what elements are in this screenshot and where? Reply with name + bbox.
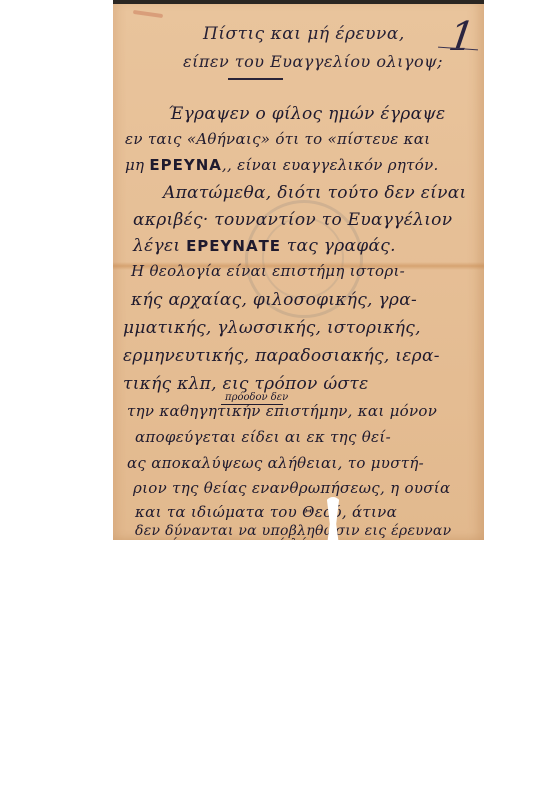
title-underline xyxy=(228,78,283,80)
body-line: Η θεολογία είναι επιστήμη ιστορι- xyxy=(131,262,405,280)
emphasis-caps: ΕΡΕΥΝΑ xyxy=(149,156,222,174)
scan-frame: 1 Πίστις και μή έρευνα, είπεν του Ευαγγε… xyxy=(0,0,549,800)
body-line: με μέσα του φυσικού λόγου. xyxy=(141,537,336,540)
body-line: και τα ιδιώματα του Θεού, άτινα xyxy=(135,503,397,521)
body-line-post: ,, είναι ευαγγελικόν ρητόν. xyxy=(222,156,439,174)
body-line: εν ταις «Αθήναις» ότι το «πίστευε και xyxy=(125,130,430,148)
body-line: μη ΕΡΕΥΝΑ,, είναι ευαγγελικόν ρητόν. xyxy=(125,156,439,174)
stain-mark xyxy=(133,10,163,18)
body-line: ακριβές· τουναντίον το Ευαγγέλιον xyxy=(133,210,452,230)
body-line-post: τας γραφάς. xyxy=(281,236,396,256)
body-line: αποφεύγεται είδει αι εκ της θεί- xyxy=(135,428,391,446)
body-line: την καθηγητικήν επιστήμην, και μόνον xyxy=(127,402,437,420)
scan-top-edge xyxy=(113,0,484,4)
body-line: κής αρχαίας, φιλοσοφικής, γρα- xyxy=(131,290,417,310)
body-line: λέγει ΕΡΕΥΝΑΤΕ τας γραφάς. xyxy=(133,236,396,256)
body-line: ριον της θείας ενανθρωπήσεως, η ουσία xyxy=(133,479,450,497)
body-line: μματικής, γλωσσικής, ιστορικής, xyxy=(123,318,421,338)
title-line-1: Πίστις και μή έρευνα, xyxy=(203,24,405,44)
emphasis-caps: ΕΡΕΥΝΑΤΕ xyxy=(186,237,281,255)
body-line: τικής κλπ, εις τρόπον ώστε xyxy=(123,374,369,394)
body-line: ερμηνευτικής, παραδοσιακής, ιερα- xyxy=(123,346,440,366)
title-line-2: είπεν του Ευαγγελίου ολιγοψ; xyxy=(183,52,443,71)
body-line-pre: μη xyxy=(125,156,149,174)
body-line: Έγραψεν ο φίλος ημών έγραψε xyxy=(168,104,445,124)
page-number: 1 xyxy=(446,14,478,60)
body-line: Απατώμεθα, διότι τούτο δεν είναι xyxy=(163,183,466,203)
body-line: ας αποκαλύψεως αλήθειαι, το μυστή- xyxy=(127,454,424,472)
body-line-pre: λέγει xyxy=(133,236,186,256)
manuscript-page: 1 Πίστις και μή έρευνα, είπεν του Ευαγγε… xyxy=(113,0,484,540)
